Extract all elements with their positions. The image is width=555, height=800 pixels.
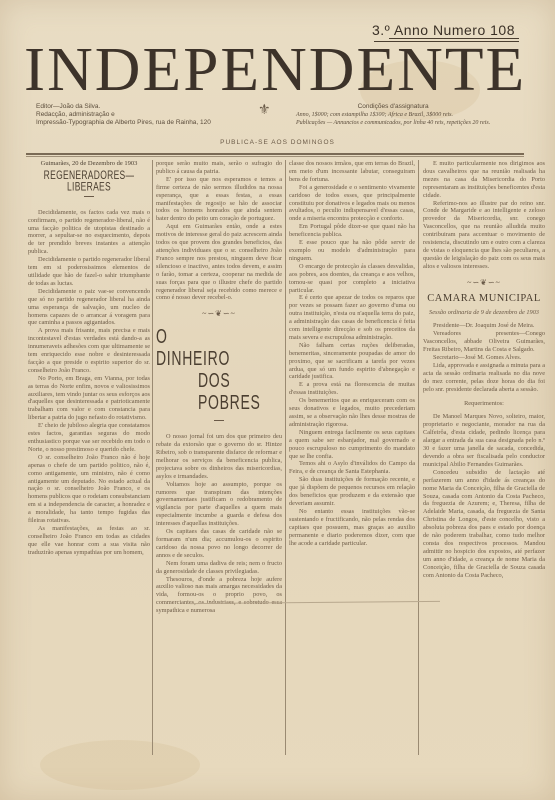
paragraph: Referimo-nos ao illustre par do reino sn…	[423, 200, 545, 271]
impressao-line: Impressão-Typographia de Alberto Pires, …	[36, 119, 211, 127]
editor-line: Editor—João da Silva.	[36, 103, 211, 111]
section-title: CAMARA MUNICIPAL	[423, 295, 545, 303]
paragraph: O encargo de protecção ás classes desval…	[289, 263, 415, 295]
headline-rule	[84, 196, 94, 197]
paragraph: E' por isso que nos esperamos e temos a …	[156, 176, 282, 223]
paragraph: As manifestações, as festas ao sr. conse…	[28, 525, 150, 557]
dateline: Guimarães, 20 de Dezembro de 1903	[28, 160, 150, 168]
paragraph: O sr. conselheiro João Franco não é hoje…	[28, 454, 150, 525]
paragraph: São duas instituições de formação recent…	[289, 476, 415, 508]
paragraph: Vereadores presentes—Conego Vasconcellos…	[423, 330, 545, 354]
paragraph: Lida, approvada e assignada a minuta par…	[423, 362, 545, 394]
article-headline-line1: O DINHEIRO	[156, 326, 244, 370]
column-1: Guimarães, 20 de Dezembro de 1903 REGENE…	[28, 160, 150, 755]
column-divider	[418, 160, 419, 755]
article-body-continued: E muito particularmente nos dirigimos ao…	[423, 160, 545, 271]
column-4: E muito particularmente nos dirigimos ao…	[423, 160, 545, 630]
paragraph: Ninguem entrega facilmente os seus capit…	[289, 429, 415, 461]
paragraph: E' cheio de jubiloso alegria que constat…	[28, 422, 150, 454]
ornament-divider: ~∽❦∽~	[423, 279, 545, 287]
masthead-title: INDEPENDENTE	[24, 40, 539, 100]
paragraph: De Manoel Marques Novo, solteiro, maior,…	[423, 413, 545, 468]
paragraph: porque serão muito mais, serão o sufragi…	[156, 160, 282, 176]
paragraph: Não falham certas ruções deliberadas, be…	[289, 342, 415, 382]
headline-rule	[214, 420, 224, 421]
paragraph: Em Portugal pôde dizer-se que quasi não …	[289, 223, 415, 239]
newspaper-page: 3.º Anno Numero 108 INDEPENDENTE Editor—…	[0, 0, 555, 800]
article-body: Decididamente, os factos cada vez mais o…	[28, 209, 150, 557]
emblem-icon: ⚜	[258, 102, 271, 119]
article-body-continued: classe dos nossos irmãos, que em terras …	[289, 160, 415, 547]
column-2: porque serão muito mais, serão o sufragi…	[156, 160, 282, 755]
column-3: classe dos nossos irmãos, que em terras …	[289, 160, 415, 755]
paragraph: Secretario—José M. Gomes Alves.	[423, 354, 545, 362]
article-headline: REGENERADORES—LIBERAES	[28, 171, 150, 193]
paragraph: E a prova está na florescencia de muitas…	[289, 381, 415, 397]
paragraph: Presidente—Dr. Joaquim José de Meira.	[423, 322, 545, 330]
paragraph: Decididamente, os factos cada vez mais o…	[28, 209, 150, 256]
article-body-continued: porque serão muito mais, serão o sufragi…	[156, 160, 282, 302]
paragraph: Nem foram uma dadiva de reis; nem o fruc…	[156, 560, 282, 576]
paragraph: Decididamente o paiz vae-se convencendo …	[28, 288, 150, 328]
requerimentos-title: Requerimentos:	[423, 400, 545, 408]
publication-days: PUBLICA-SE AOS DOMINGOS	[0, 139, 555, 146]
paragraph: Temos ahi o Asylo d'inválidos do Campo d…	[289, 460, 415, 476]
paragraph: No entanto essas instituições vão-se sus…	[289, 508, 415, 548]
paragraph: Concedeu subsidio de lactação até perfaz…	[423, 469, 545, 580]
paragraph: classe dos nossos irmãos, que em terras …	[289, 160, 415, 184]
paragraph: Os capitaes das casas de caridade não se…	[156, 528, 282, 560]
subscription-line: Anno, 1$000; com estampilha 1$300; Afric…	[296, 111, 490, 119]
paragraph: A prova mais frisante, mais precisa e ma…	[28, 327, 150, 374]
article-body: O nosso jornal foi um dos que primeiro d…	[156, 433, 282, 615]
paragraph: No Porto, em Braga, em Vianna, por todas…	[28, 375, 150, 422]
paragraph: Decididamente o partido regenerador libe…	[28, 256, 150, 288]
column-divider	[152, 160, 153, 755]
subscription-title: Condições d'assignatura	[296, 103, 490, 111]
session-body: Presidente—Dr. Joaquim José de Meira.Ver…	[423, 322, 545, 393]
paragraph: Os benemeritos que as enriqueceram com o…	[289, 397, 415, 429]
paragraph: Aqui em Guimarães então, onde a estes mo…	[156, 223, 282, 302]
paragraph: E muito particularmente nos dirigimos ao…	[423, 160, 545, 200]
subscription-line: Publicações — Annuncios e communicados, …	[296, 119, 490, 127]
redaccao-line: Redacção, administração e	[36, 111, 211, 119]
paragraph: Voltamos hoje ao assumpto, porque os rum…	[156, 481, 282, 528]
header-rule	[26, 153, 524, 157]
ornament-divider: ~∽❦∽~	[156, 310, 282, 318]
subscription-info: Condições d'assignatura Anno, 1$000; com…	[296, 103, 490, 127]
paragraph: Foi a generosidade e o sentimento vivame…	[289, 184, 415, 224]
paragraph: E esse pouco que ha não pôde servir de e…	[289, 239, 415, 263]
paragraph: E é certo que apezar de todos os reparos…	[289, 294, 415, 341]
editor-info: Editor—João da Silva. Redacção, administ…	[36, 103, 211, 127]
requerimentos-body: De Manoel Marques Novo, solteiro, maior,…	[423, 413, 545, 579]
article-headline-line2: DOS POBRES	[156, 370, 244, 414]
paragraph: Thesouros, d'onde a pobreza hoje aufere …	[156, 576, 282, 616]
column-divider	[285, 160, 286, 755]
session-date: Sessão ordinaria de 9 de dezembro de 190…	[423, 309, 545, 317]
paragraph: O nosso jornal foi um dos que primeiro d…	[156, 433, 282, 480]
